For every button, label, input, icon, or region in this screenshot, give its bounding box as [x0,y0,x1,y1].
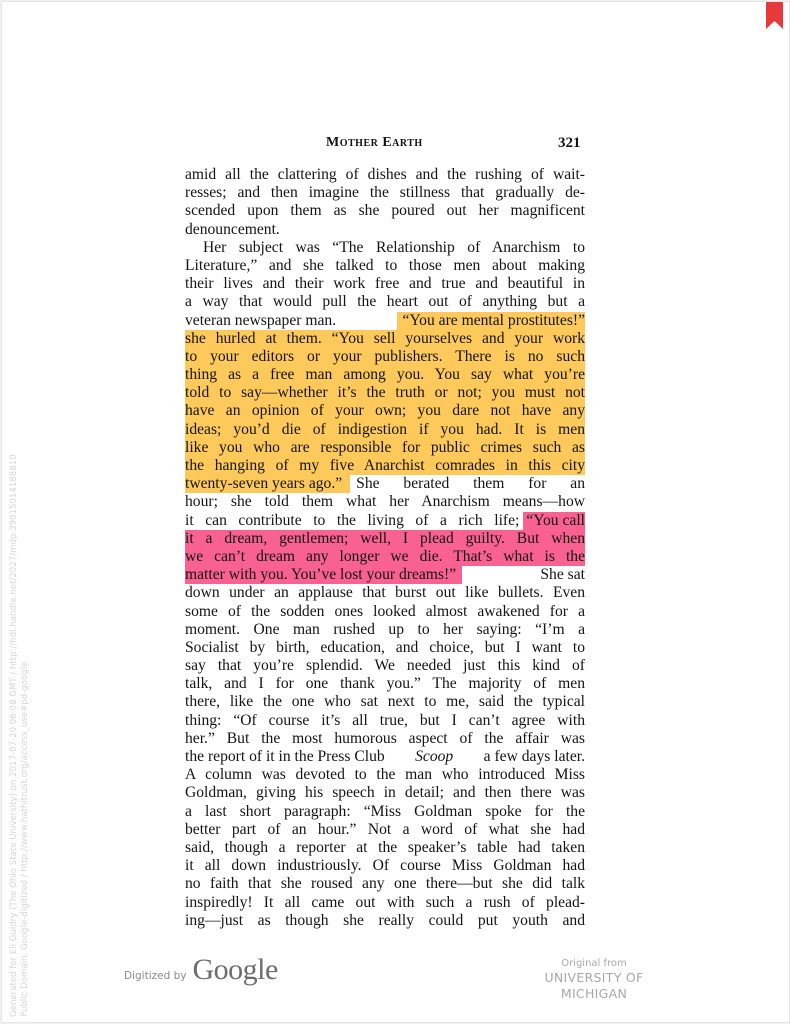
text-line-partial-highlight: twenty-seven years ago.” She berated the… [185,475,585,493]
text-line: her.” But the most humorous aspect of th… [185,730,585,748]
pink-highlight[interactable]: “You call [523,512,585,530]
text-line-partial-highlight: matter with you. You’ve lost your dreams… [185,566,585,584]
text-line: ing—just as though she really could put … [185,912,585,930]
yellow-highlight-line[interactable]: have an opinion of your own; you dare no… [185,402,585,420]
access-watermark: Generated for Eli Guidry (The Ohio State… [9,454,31,1017]
text-line: Literature,” and she talked to those men… [185,257,585,275]
text-line: hour; she told them what her Anarchism m… [185,493,585,511]
text-line: moment. One man rushed up to her saying:… [185,621,585,639]
pink-highlight-line[interactable]: it a dream, gentlemen; well, I plead gui… [185,530,585,548]
plain-segment: a few days later. [484,748,585,766]
digitized-by-google: Digitized by Google [124,953,278,987]
pink-highlight[interactable]: matter with you. You’ve lost your dreams… [185,566,462,584]
text-line-partial-highlight: it can contribute to the living of a ric… [185,512,585,530]
yellow-highlight-line[interactable]: she hurled at them. “You sell yourselves… [185,330,585,348]
text-line: scended upon them as she poured out her … [185,202,585,220]
original-institution: UNIVERSITY OF MICHIGAN [510,970,678,1002]
original-label: Original from [510,957,678,970]
text-line: there, like the one who sat next to me, … [185,693,585,711]
text-line: a way that would pull the heart out of a… [185,293,585,311]
text-line: down under an applause that burst out li… [185,584,585,602]
digitized-label: Digitized by [124,970,186,982]
yellow-highlight-line[interactable]: to your editors or your publishers. Ther… [185,348,585,366]
watermark-line-generated: Generated for Eli Guidry (The Ohio State… [9,454,20,1017]
text-line: some of the sodden ones looked almost aw… [185,603,585,621]
yellow-highlight[interactable]: twenty-seven years ago.” [185,475,350,493]
plain-segment: She sat [540,566,585,584]
original-source: Original from UNIVERSITY OF MICHIGAN [510,957,678,1002]
yellow-highlight-line[interactable]: thing as a free man among you. You say w… [185,366,585,384]
pink-highlight-line[interactable]: we can’t dream any longer we die. That’s… [185,548,585,566]
yellow-highlight-line[interactable]: ideas; you’d die of indigestion if you h… [185,421,585,439]
text-line: amid all the clattering of dishes and th… [185,166,585,184]
yellow-highlight-line[interactable]: told to say—whether it’s the truth or no… [185,384,585,402]
plain-segment: the report of it in the Press Club [185,748,385,766]
watermark-line-rights: Public Domain, Google-digitized / http:/… [20,454,31,1017]
italic-title-scoop: Scoop [415,748,453,766]
text-line: talk, and I for one thank you.” The majo… [185,675,585,693]
page-body-text: amid all the clattering of dishes and th… [185,166,585,930]
page-number: 321 [558,135,581,152]
yellow-highlight[interactable]: “You are mental prostitutes!” [397,312,585,330]
text-line: no faith that she roused any one there—b… [185,875,585,893]
text-line: inspiredly! It all came out with such a … [185,894,585,912]
yellow-highlight-line[interactable]: like you who are responsible for public … [185,439,585,457]
bookmark-icon[interactable] [766,2,783,29]
text-line: Goldman, giving his speech in detail; an… [185,784,585,802]
google-logo: Google [192,953,277,987]
text-line: resses; and then imagine the stillness t… [185,184,585,202]
yellow-highlight-line[interactable]: the hanging of my five Anarchist comrade… [185,457,585,475]
text-line: their lives and their work free and true… [185,275,585,293]
text-line: it all down industriously. Of course Mis… [185,857,585,875]
running-head: Mother Earth [326,135,423,151]
text-line: denouncement. [185,221,585,239]
text-line-partial-highlight: veteran newspaper man. “You are mental p… [185,312,585,330]
plain-segment: She berated them for an [350,475,585,493]
plain-segment: veteran newspaper man. [185,312,336,330]
text-line: said, though a reporter at the speaker’s… [185,839,585,857]
text-line: thing: “Of course it’s all true, but I c… [185,712,585,730]
text-line: Socialist by birth, education, and choic… [185,639,585,657]
text-line-with-italic: the report of it in the Press Club Scoop… [185,748,585,766]
text-line: a last short paragraph: “Miss Goldman sp… [185,803,585,821]
text-line: Her subject was “The Relationship of Ana… [185,239,585,257]
text-line: say that you’re splendid. We needed just… [185,657,585,675]
plain-segment: it can contribute to the living of a ric… [185,512,523,530]
text-line: better part of an hour.” Not a word of w… [185,821,585,839]
scanned-page: Generated for Eli Guidry (The Ohio State… [1,1,790,1023]
text-line: A column was devoted to the man who intr… [185,766,585,784]
